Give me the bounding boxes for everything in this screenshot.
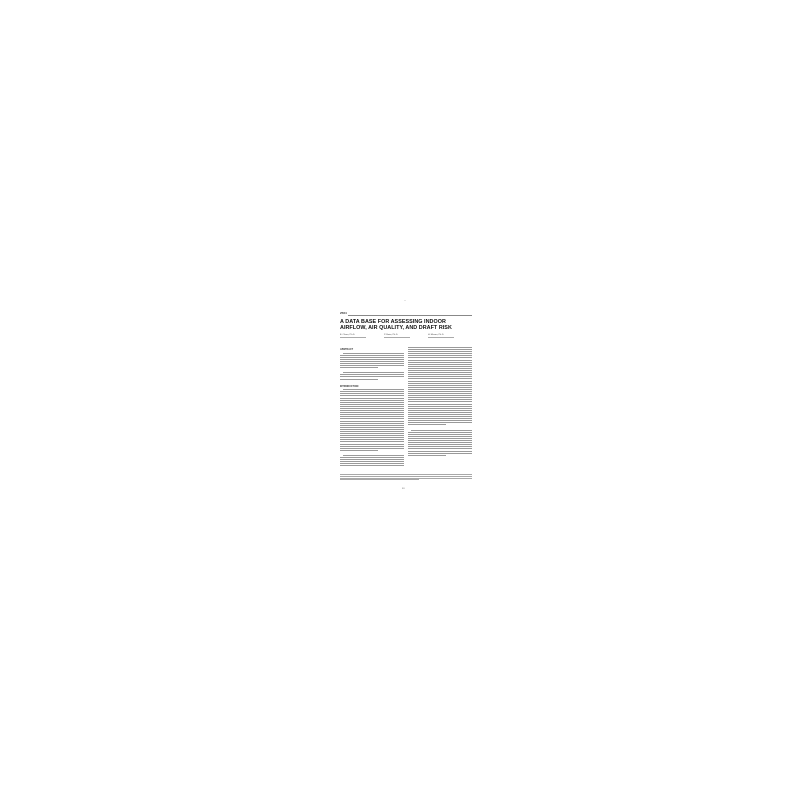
footnote <box>340 474 472 481</box>
running-header: 2564 <box>340 313 472 317</box>
introduction-body <box>340 389 404 466</box>
header-rule <box>348 315 472 316</box>
left-column: ABSTRACT INTRODUCTION <box>340 347 404 468</box>
abstract-heading: ABSTRACT <box>340 348 404 351</box>
introduction-heading: INTRODUCTION <box>340 385 404 388</box>
author-list: E. Olsen, Ph.D. P. Beier, Ph.D. H. Mason… <box>340 334 472 340</box>
paper-page: 2564 A DATA BASE FOR ASSESSING INDOOR AI… <box>336 298 476 510</box>
author: E. Olsen, Ph.D. <box>340 334 380 338</box>
author: H. Mason, Ph.D. <box>428 334 468 338</box>
author-affiliation <box>428 337 454 338</box>
paper-title: A DATA BASE FOR ASSESSING INDOOR AIRFLOW… <box>340 319 474 331</box>
author-affiliation <box>340 337 366 338</box>
author-affiliation <box>384 337 410 338</box>
abstract-body <box>340 353 404 380</box>
top-mark <box>404 300 406 301</box>
page-number: 53 <box>402 488 404 490</box>
right-column-body <box>408 347 472 456</box>
right-column <box>408 347 472 457</box>
author: P. Beier, Ph.D. <box>384 334 424 338</box>
header-label: 2564 <box>340 311 347 315</box>
